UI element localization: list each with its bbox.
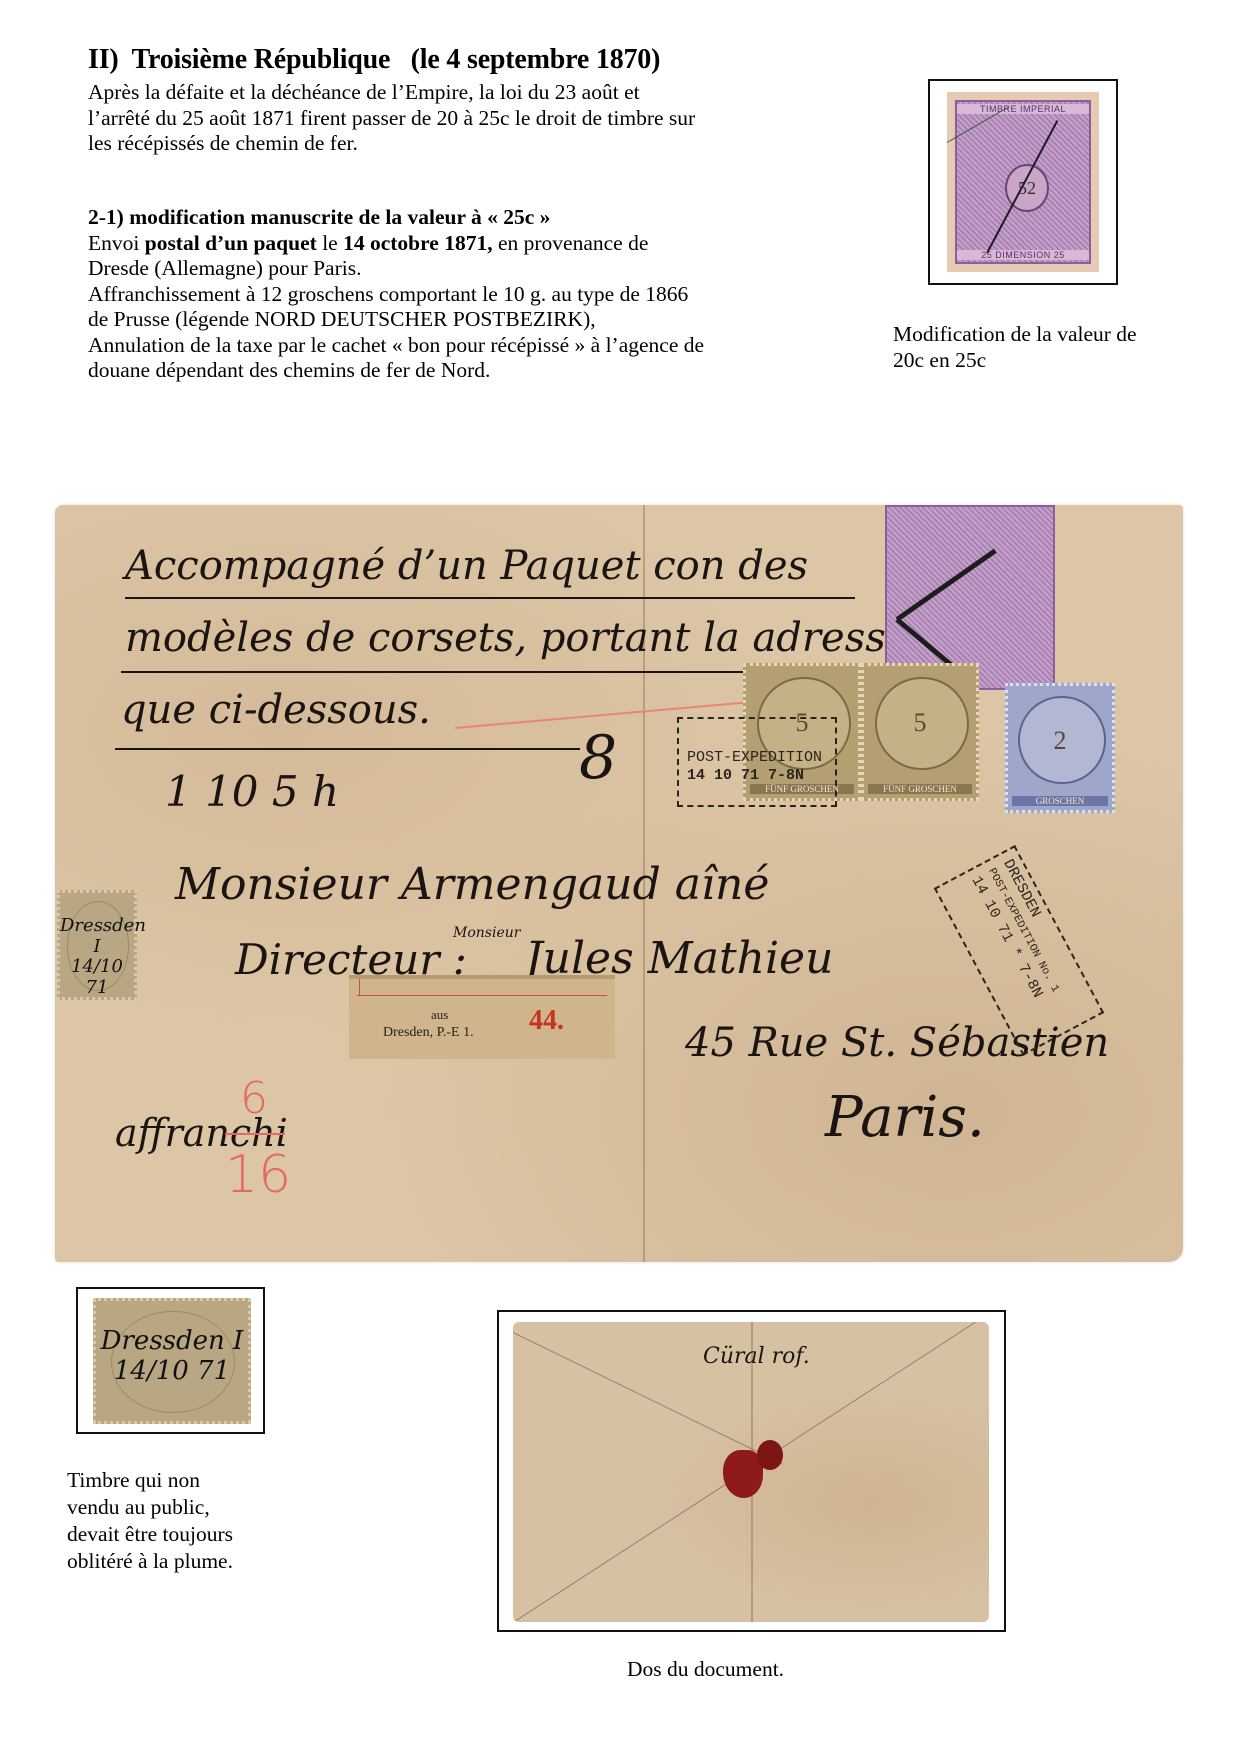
caption-line: vendu au public, <box>67 1494 307 1521</box>
intro-paragraph: Après la défaite et la déchéance de l’Em… <box>88 80 848 157</box>
caption-line: Timbre qui non <box>67 1467 307 1494</box>
cover-back-image: Cüral rof. <box>513 1322 989 1622</box>
registration-label: aus Dresden, P.-E 1. 44. <box>349 975 615 1059</box>
underline <box>125 597 855 599</box>
ms-director-title: Monsieur <box>453 925 520 941</box>
stamp-manuscript: Dressden I <box>60 916 134 957</box>
revenue-stamp-caption: Modification de la valeur de 20c en 25c <box>893 322 1193 373</box>
postmark-text: POST-EXPEDITION <box>687 749 827 767</box>
section-line: Affranchissement à 12 groschens comporta… <box>88 282 848 308</box>
stamp-top-legend: TIMBRE IMPERIAL <box>957 104 1089 114</box>
underline <box>115 748 580 750</box>
cover-front-image: Accompagné d’un Paquet con des modèles d… <box>55 505 1183 1262</box>
section-line: Dresde (Allemagne) pour Paris. <box>88 256 848 282</box>
red-fraction-bar <box>225 1133 285 1135</box>
postmark-left: POST-EXPEDITION 14 10 71 7-8N <box>677 717 837 807</box>
stamp-legend: FÜNF GROSCHEN <box>868 784 972 794</box>
stamp-legend: GROSCHEN <box>1012 796 1108 806</box>
page-title: II) Troisième République (le 4 septembre… <box>88 44 660 76</box>
intro-line: l’arrêté du 25 août 1871 firent passer d… <box>88 106 848 132</box>
grey-stamp-on-cover: Dressden I 14/10 71 <box>57 890 137 1000</box>
section-line: Annulation de la taxe par le cachet « bo… <box>88 333 848 359</box>
underline <box>121 671 851 673</box>
text-run: le <box>317 231 343 255</box>
ms-line-2: modèles de corsets, portant la adresse <box>125 615 909 661</box>
revenue-stamp-image: TIMBRE IMPERIAL 52 25 DIMENSION 25 <box>947 92 1099 272</box>
stamp-blue-groschen: 2 GROSCHEN <box>1005 683 1115 813</box>
stamp-bottom-legend: 25 DIMENSION 25 <box>957 250 1089 260</box>
label-aus: aus <box>431 1007 448 1023</box>
ms-addressee: Monsieur Armengaud aîné <box>175 859 769 910</box>
wax-seal-icon <box>723 1440 785 1498</box>
stamp-5-groschen: 5 FÜNF GROSCHEN <box>861 663 979 801</box>
red-mark-bottom: 16 <box>225 1145 291 1205</box>
red-mark-top: 6 <box>240 1073 268 1124</box>
stamp-manuscript: Dressden I <box>96 1327 248 1357</box>
cancel-mark-icon <box>895 618 952 667</box>
text-run: en provenance de <box>493 231 649 255</box>
ms-line-3: que ci-dessous. <box>121 687 431 733</box>
stamp-value: 5 <box>864 708 976 738</box>
stamp-manuscript: 14/10 71 <box>60 957 134 998</box>
caption-line: oblitéré à la plume. <box>67 1548 307 1575</box>
label-number: 44. <box>529 1005 564 1037</box>
back-caption: Dos du document. <box>627 1657 784 1682</box>
section-line: Envoi postal d’un paquet le 14 octobre 1… <box>88 231 848 257</box>
stamp-manuscript: 14/10 71 <box>96 1357 248 1387</box>
intro-line: Après la défaite et la déchéance de l’Em… <box>88 80 848 106</box>
caption-line: devait être toujours <box>67 1521 307 1548</box>
section-line: douane dépendant des chemins de fer de N… <box>88 358 848 384</box>
ms-city: Paris. <box>825 1085 985 1150</box>
section-heading: 2-1) modification manuscrite de la valeu… <box>88 205 848 231</box>
small-stamp-caption: Timbre qui non vendu au public, devait ê… <box>67 1467 307 1575</box>
section-2-1: 2-1) modification manuscrite de la valeu… <box>88 205 848 384</box>
caption-line: 20c en 25c <box>893 348 1193 374</box>
section-line: de Prusse (légende NORD DEUTSCHER POSTBE… <box>88 307 848 333</box>
bold-run: postal d’un paquet <box>145 231 317 255</box>
revenue-stamp-frame: TIMBRE IMPERIAL 52 25 DIMENSION 25 <box>928 79 1118 285</box>
small-stamp-frame: Dressden I 14/10 71 <box>76 1287 265 1434</box>
text-run: Envoi <box>88 231 145 255</box>
intro-line: les récépissés de chemin de fer. <box>88 131 848 157</box>
postmark-text: 14 10 71 7-8N <box>687 767 827 785</box>
small-stamp-image: Dressden I 14/10 71 <box>93 1298 251 1424</box>
back-signature: Cüral rof. <box>703 1344 810 1369</box>
cancel-mark-icon <box>896 549 997 622</box>
ms-line-1: Accompagné d’un Paquet con des <box>125 543 808 589</box>
ms-mark-8: 8 <box>579 723 617 793</box>
ms-reference: 1 10 5 h <box>165 767 339 816</box>
stamp-value: 2 <box>1008 726 1112 756</box>
bold-run: 14 octobre 1871, <box>343 231 492 255</box>
caption-line: Modification de la valeur de <box>893 322 1193 348</box>
cover-back-frame: Cüral rof. <box>497 1310 1006 1632</box>
label-origin: Dresden, P.-E 1. <box>383 1025 474 1041</box>
